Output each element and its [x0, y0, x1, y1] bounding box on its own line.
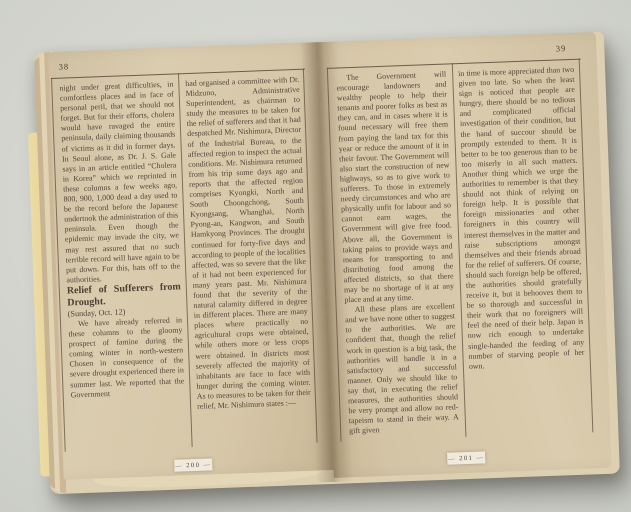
folio-label: — 200 — — [174, 458, 212, 471]
article-paragraph: night under great difficulties, in comfo… — [59, 80, 180, 286]
article-paragraph: We have already referred in these column… — [68, 315, 185, 400]
open-book: 38 night under great difficulties, in co… — [34, 32, 620, 495]
left-page: 38 night under great difficulties, in co… — [48, 42, 334, 480]
text-column: night under great difficulties, in comfo… — [59, 80, 187, 460]
right-page: 39 The Government will encourage landown… — [318, 32, 612, 478]
page-number: 39 — [556, 43, 567, 53]
article-paragraph: had organised a committee with Dr. Midzu… — [185, 75, 311, 412]
text-column: The Government will encourage landowners… — [336, 70, 460, 452]
text-column: in time is more appreciated than two giv… — [458, 65, 588, 447]
page-number: 38 — [58, 61, 69, 71]
photograph-background: 38 night under great difficulties, in co… — [0, 0, 631, 512]
text-column: had organised a committee with Dr. Midzu… — [185, 75, 313, 455]
article-paragraph: All these plans are excellent and we hav… — [345, 302, 460, 437]
article-paragraph: in time is more appreciated than two giv… — [458, 65, 585, 372]
folio-label: — 201 — — [447, 451, 485, 464]
article-paragraph: The Government will encourage landowners… — [336, 70, 454, 306]
